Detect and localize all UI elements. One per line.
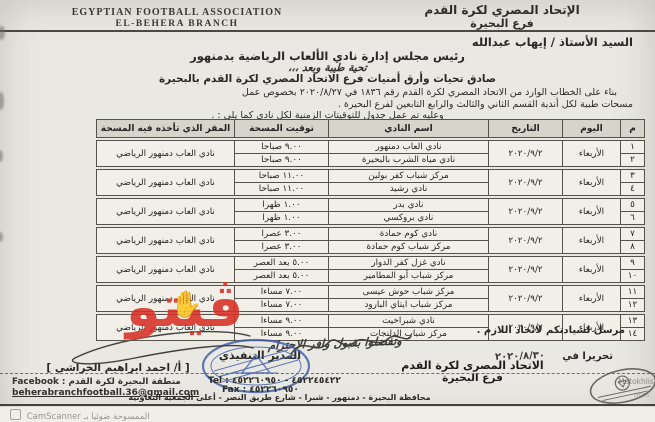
cell-time: ٣.٠٠ عصرا (235, 241, 329, 254)
cell-club: نادي بدر (329, 199, 489, 212)
scanned-letter-page: EGYPTIAN FOOTBALL ASSOCIATION EL-BEHERA … (0, 0, 655, 422)
col-header-club: اسم النادي (329, 120, 489, 138)
footer-divider (0, 373, 655, 374)
cell-day: الأربعاء (563, 228, 621, 254)
org-name-ar-line1: الإتحاد المصري لكرة القدم (397, 3, 607, 17)
org-name-ar-line2: فرع البحيرة (397, 17, 607, 30)
cell-club: مركز شباب كوم حمادة (329, 241, 489, 254)
cell-date: ٢٠٢٠/٩/٢ (489, 141, 563, 167)
table-header-row: م اليوم التاريخ اسم النادي توقيت المسحة … (96, 119, 645, 138)
body-line-1: بناء على الخطاب الوارد من الاتحاد المصري… (30, 87, 617, 98)
table-group-3: ٥ الأربعاء ٢٠٢٠/٩/٢ نادي بدر ١.٠٠ ظهرا ن… (96, 198, 645, 225)
col-header-day: اليوم (563, 120, 621, 138)
cell-num: ١ (621, 141, 645, 154)
cell-club: نادي رشيد (329, 183, 489, 196)
col-header-venue: المقر الذي تأخذه فيه المسحة (97, 120, 235, 138)
cell-venue: نادي العاب دمنهور الرياضي (97, 170, 235, 196)
camscanner-logo-icon (10, 409, 21, 420)
cell-num: ٧ (621, 228, 645, 241)
cell-day: الأربعاء (563, 141, 621, 167)
cell-time: ١.٠٠ ظهرا (235, 199, 329, 212)
cell-club: مركز شباب ايتاي البارود (329, 299, 489, 312)
cell-date: ٢٠٢٠/٩/٢ (489, 257, 563, 283)
cell-club: نادي بروكسي (329, 212, 489, 225)
org-name-english: EGYPTIAN FOOTBALL ASSOCIATION EL-BEHERA … (52, 7, 302, 29)
cell-time: ٩.٠٠ مساءا (235, 315, 329, 328)
cell-club: نادي العاب دمنهور (329, 141, 489, 154)
scan-smudge (0, 92, 4, 110)
salutation-line: صادق تحيات وأرق أمنيات فرع الاتحاد المصر… (0, 73, 655, 85)
cell-club: نادي شبراخيت (329, 315, 489, 328)
cell-time: ١١.٠٠ صباحا (235, 183, 329, 196)
action-note: مرسل لسيادتكم لاتخاذ اللازم . (477, 325, 625, 336)
col-header-num: م (621, 120, 645, 138)
scan-smudge (0, 232, 3, 242)
cell-num: ١٢ (621, 299, 645, 312)
cell-club: نادي كوم حمادة (329, 228, 489, 241)
issue-date-label: تحريرا في (562, 351, 613, 362)
table-group-2: ٣ الأربعاء ٢٠٢٠/٩/٢ مركز شباب كفر بولين … (96, 169, 645, 196)
cell-num: ٦ (621, 212, 645, 225)
cell-time: ٧.٠٠ مساءا (235, 286, 329, 299)
postal-address: محافظة البحيرة - دمنهور - شبرا - شارع طر… (112, 393, 447, 402)
addressee-title: رئيس مجلس إدارة نادي الألعاب الرياضية بد… (0, 49, 655, 63)
cell-date: ٢٠٢٠/٩/٢ (489, 170, 563, 196)
facebook-label: Facebook : (12, 377, 65, 387)
cell-date: ٢٠٢٠/٩/٢ (489, 228, 563, 254)
cell-num: ١٠ (621, 270, 645, 283)
cell-num: ١١ (621, 286, 645, 299)
cell-time: ٥.٠٠ بعد العصر (235, 257, 329, 270)
cell-club: نادي غزل كفر الدوار (329, 257, 489, 270)
col-header-date: التاريخ (489, 120, 563, 138)
cell-club: نادي مياه الشرب بالبحيرة (329, 154, 489, 167)
cell-venue: نادي العاب دمنهور الرياضي (97, 199, 235, 225)
cell-num: ٩ (621, 257, 645, 270)
cell-num: ٤ (621, 183, 645, 196)
org-name-en-line2: EL-BEHERA BRANCH (52, 19, 302, 29)
camscanner-credit: الممسوحة ضوئيا بـ CamScanner (10, 409, 150, 422)
table-group-6: ١١ الأربعاء ٢٠٢٠/٩/٢ مركز شباب حوش عيسى … (96, 285, 645, 312)
table-group-5: ٩ الأربعاء ٢٠٢٠/٩/٢ نادي غزل كفر الدوار … (96, 256, 645, 283)
director-signature-icon (55, 328, 255, 370)
cell-time: ٩.٠٠ صباحا (235, 154, 329, 167)
cell-club: مركز شباب كفر بولين (329, 170, 489, 183)
cell-num: ٣ (621, 170, 645, 183)
cell-time: ٧.٠٠ مساءا (235, 299, 329, 312)
cell-time: ٩.٠٠ صباحا (235, 141, 329, 154)
cell-num: ٥ (621, 199, 645, 212)
cell-day: الأربعاء (563, 199, 621, 225)
swab-schedule-table: م اليوم التاريخ اسم النادي توقيت المسحة … (97, 119, 645, 343)
org-name-arabic: الإتحاد المصري لكرة القدم فرع البحيرة (397, 3, 607, 30)
scan-smudge (0, 150, 3, 162)
addressee-line: السيد الأستاذ / إيهاب عبدالله (472, 35, 633, 49)
cell-day: الأربعاء (563, 170, 621, 196)
body-line-2: مسحات طبية لكل أندية القسم الثاني والثال… (30, 99, 633, 110)
facebook-line: Facebook : منطقة البحيرة لكرة القدم (12, 377, 217, 387)
cell-venue: نادي العاب دمنهور الرياضي (97, 286, 235, 312)
facebook-value: منطقة البحيرة لكرة القدم (69, 377, 181, 387)
cell-day: الأربعاء (563, 286, 621, 312)
cell-date: ٢٠٢٠/٩/٢ (489, 286, 563, 312)
cell-day: الأربعاء (563, 257, 621, 283)
handwritten-signature-icon (285, 330, 415, 364)
cell-venue: نادي العاب دمنهور الرياضي (97, 228, 235, 254)
cell-num: ٨ (621, 241, 645, 254)
cell-club: مركز شباب حوش عيسى (329, 286, 489, 299)
cell-date: ٢٠٢٠/٩/٢ (489, 199, 563, 225)
bottom-rule (0, 404, 655, 406)
col-header-time: توقيت المسحة (235, 120, 329, 138)
cell-time: ١١.٠٠ صباحا (235, 170, 329, 183)
cell-venue: نادي العاب دمنهور الرياضي (97, 141, 235, 167)
org-name-en-line1: EGYPTIAN FOOTBALL ASSOCIATION (52, 7, 302, 18)
cell-venue: نادي العاب دمنهور الرياضي (97, 257, 235, 283)
cell-time: ١.٠٠ ظهرا (235, 212, 329, 225)
header-divider (0, 30, 655, 32)
cell-time: ٣.٠٠ عصرا (235, 228, 329, 241)
table-group-1: ١ الأربعاء ٢٠٢٠/٩/٢ نادي العاب دمنهور ٩.… (96, 140, 645, 167)
scan-smudge (0, 26, 5, 40)
cell-num: ٢ (621, 154, 645, 167)
camscanner-text: الممسوحة ضوئيا بـ CamScanner (27, 412, 150, 422)
cell-time: ٥.٠٠ بعد العصر (235, 270, 329, 283)
cell-club: مركز شباب أبو المطامير (329, 270, 489, 283)
table-group-4: ٧ الأربعاء ٢٠٢٠/٩/٢ نادي كوم حمادة ٣.٠٠ … (96, 227, 645, 254)
